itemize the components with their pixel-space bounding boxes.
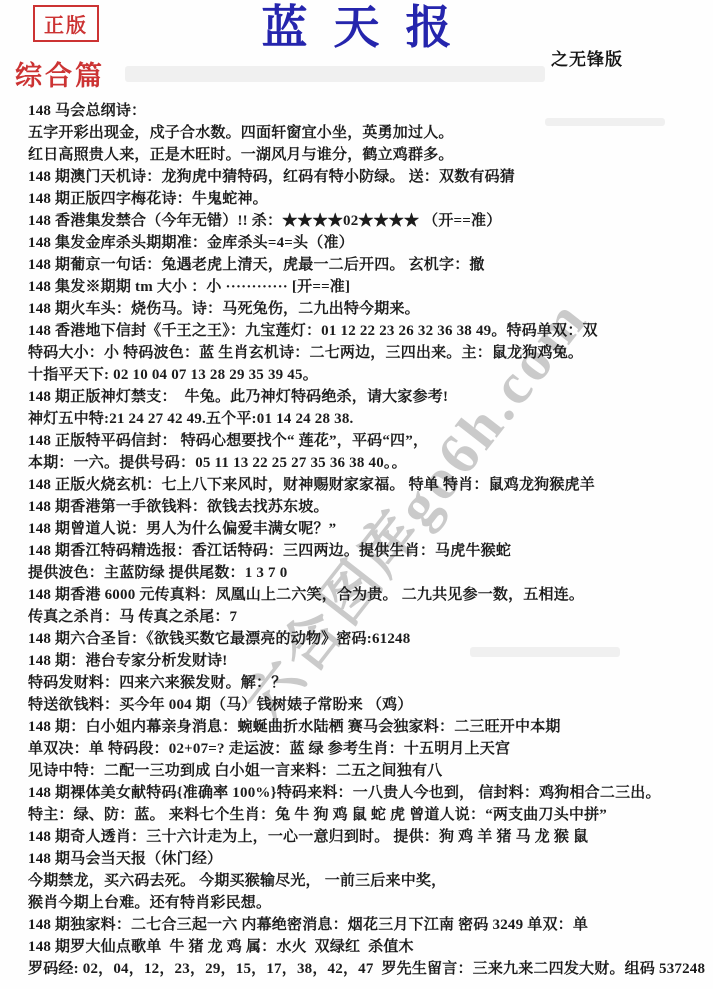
report-line-15: 神灯五中特:21 24 27 42 49.五个平:01 14 24 28 38. [28, 408, 713, 430]
report-line-2: 五字开彩出现金，戍子合水数。四面轩窗宜小坐，英勇加过人。 [28, 122, 713, 144]
report-line-17: 本期：一六。提供号码：05 11 13 22 25 27 35 36 38 40… [28, 452, 713, 474]
report-line-34: 148 期奇人透肖：三十六计走为上，一心一意归到时。 提供：狗 鸡 羊 猪 马 … [28, 826, 713, 848]
report-line-35: 148 期马会当天报（休门经） [28, 848, 713, 870]
report-body: 148 马会总纲诗：五字开彩出现金，戍子合水数。四面轩窗宜小坐，英勇加过人。红日… [28, 100, 713, 980]
report-line-1: 148 马会总纲诗： [28, 100, 713, 122]
report-line-8: 148 期葡京一句话：兔遇老虎上清天，虎最一二后开四。 玄机字：撤 [28, 254, 713, 276]
report-line-22: 提供波色：主蓝防绿 提供尾数：1 3 7 0 [28, 562, 713, 584]
report-line-31: 见诗中特：二配一三功到成 白小姐一言来料：二五之间独有八 [28, 760, 713, 782]
report-line-33: 特主：绿、防：蓝。 来料七个生肖：兔 牛 狗 鸡 鼠 蛇 虎 曾道人说：“两支曲… [28, 804, 713, 826]
report-line-6: 148 香港集发禁合（今年无错）!! 杀：★★★★02★★★★ （开==准） [28, 210, 713, 232]
report-line-29: 148 期：白小姐内幕亲身消息：蜿蜒曲折水陆栖 赛马会独家料：二三旺开中本期 [28, 716, 713, 738]
report-line-23: 148 期香港 6000 元传真料：凤凰山上二六笑，合为贵。 二九共见参一数，五… [28, 584, 713, 606]
report-line-30: 单双决：单 特码段：02+07=? 走运波：蓝 绿 参考生肖：十五明月上天宫 [28, 738, 713, 760]
report-line-24: 传真之杀肖：马 传真之杀尾：7 [28, 606, 713, 628]
report-line-36: 今期禁龙，买六码去死。 今期买猴输尽光， 一前三后来中奖， [28, 870, 713, 892]
report-line-14: 148 期正版神灯禁支： 牛兔。此乃神灯特码绝杀，请大家参考! [28, 386, 713, 408]
report-line-18: 148 正版火烧玄机：七上八下来风时，财神赐财家家福。 特单 特肖：鼠鸡龙狗猴虎… [28, 474, 713, 496]
report-line-32: 148 期裸体美女献特码{准确率 100%}特码来料：一八贵人今也到， 信封料：… [28, 782, 713, 804]
erased-text-smudge [125, 66, 545, 82]
report-line-13: 十指平天下: 02 10 04 07 13 28 29 35 39 45。 [28, 364, 713, 386]
report-line-4: 148 期澳门天机诗：龙狗虎中猜特码，红码有特小防绿。 送：双数有码猜 [28, 166, 713, 188]
report-line-25: 148 期六合圣旨：《欲钱买数它最漂亮的动物》密码:61248 [28, 628, 713, 650]
report-line-11: 148 香港地下信封《千王之王》：九宝莲灯：01 12 22 23 26 32 … [28, 320, 713, 342]
report-line-40: 罗码经: 02，04，12，23，29，15，17，38，42，47 罗先生留言… [28, 958, 713, 980]
report-line-3: 红日高照贵人来，正是木旺时。一湖风月与谁分，鹤立鸡群多。 [28, 144, 713, 166]
report-line-9: 148 集发※期期 tm 大小 ：小 ············ [开==准] [28, 276, 713, 298]
report-line-21: 148 期香江特码精选报：香江话特码：三四两边。提供生肖：马虎牛猴蛇 [28, 540, 713, 562]
report-line-10: 148 期火车头：烧伤马。诗：马死兔伤，二九出特今期来。 [28, 298, 713, 320]
edition-label: 之无锋版 [551, 45, 623, 70]
report-line-16: 148 正版特平码信封： 特码心想要找个“ 莲花”，平码“四”， [28, 430, 713, 452]
newspaper-page: 六合图库go6h.com 正版 蓝天报 之无锋版 综合篇 148 马会总纲诗：五… [0, 0, 713, 989]
section-title: 综合篇 [15, 54, 105, 93]
report-line-5: 148 期正版四字梅花诗：牛鬼蛇神。 [28, 188, 713, 210]
report-line-12: 特码大小：小 特码波色：蓝 生肖玄机诗：二七两边，三四出来。主：鼠龙狗鸡兔。 [28, 342, 713, 364]
report-line-39: 148 期罗大仙点歌单 牛 猪 龙 鸡 属：水火 双绿红 杀值木 [28, 936, 713, 958]
report-line-20: 148 期曾道人说：男人为什么偏爱丰满女呢？” [28, 518, 713, 540]
report-line-27: 特码发财料：四来六来猴发财。解：？ [28, 672, 713, 694]
report-line-28: 特送欲钱料：买今年 004 期（马）钱树婊子常盼来 （鸡） [28, 694, 713, 716]
report-line-7: 148 集发金库杀头期期准：金库杀头=4=头（准） [28, 232, 713, 254]
report-line-37: 猴肖今期上台难。还有特肖彩民想。 [28, 892, 713, 914]
report-line-26: 148 期：港台专家分析发财诗! [28, 650, 713, 672]
report-line-38: 148 期独家料：二七合三起一六 内幕绝密消息：烟花三月下江南 密码 3249 … [28, 914, 713, 936]
report-line-19: 148 期香港第一手欲钱料：欲钱去找苏东坡。 [28, 496, 713, 518]
